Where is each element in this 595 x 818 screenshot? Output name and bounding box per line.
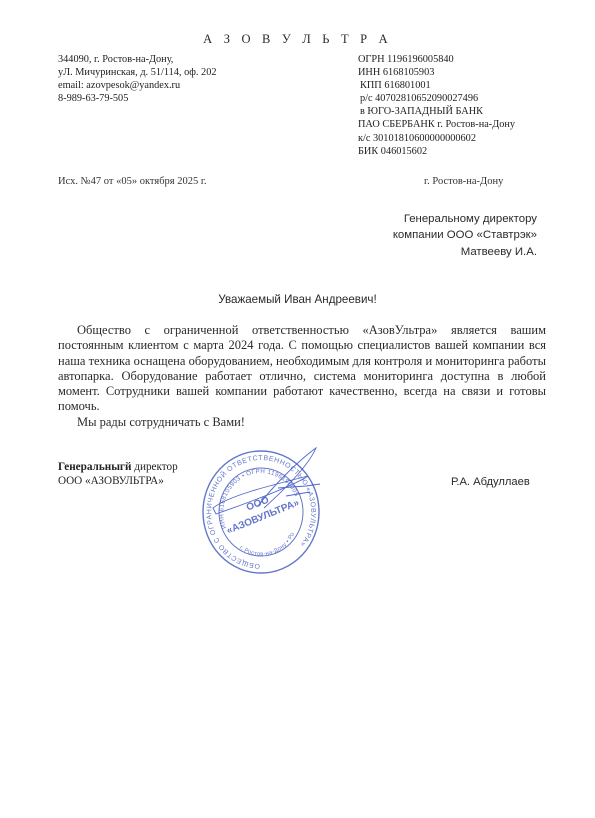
addressee-block: Генеральному директору компании ООО «Ста… xyxy=(393,211,537,260)
addressee-position: Генеральному директору xyxy=(393,211,537,227)
company-requisites-block: ОГРН 1196196005840 ИНН 6168105903 КПП 61… xyxy=(358,53,515,158)
signatory-company: ООО «АЗОВУЛЬТРА» xyxy=(58,474,178,488)
company-stamp: ОБЩЕСТВО С ОГРАНИЧЕННОЙ ОТВЕТСТВЕННОСТЬЮ… xyxy=(198,446,328,578)
body-paragraph: Общество с ограниченной ответственностью… xyxy=(58,323,546,415)
address-line: уЛ. Мичуринская, д. 51/114, оф. 202 xyxy=(58,66,217,79)
outgoing-reference: Исх. №47 от «05» октября 2025 г. xyxy=(58,176,207,187)
corr-account-line: к/с 30101810600000000602 xyxy=(358,132,515,145)
phone-line: 8-989-63-79-505 xyxy=(58,92,217,105)
signatory-title: Генеральныгй директор xyxy=(58,460,178,474)
bank-line: в ЮГО-ЗАПАДНЫЙ БАНК xyxy=(358,105,515,118)
signatory-title-rest: директор xyxy=(131,461,177,473)
signatory-title-bold: Генеральныгй xyxy=(58,461,131,473)
signatory-name: Р.А. Абдуллаев xyxy=(451,476,530,488)
addressee-name: Матвееву И.А. xyxy=(393,244,537,260)
kpp-line: КПП 616801001 xyxy=(358,79,515,92)
signatory-block: Генеральныгй директор ООО «АЗОВУЛЬТРА» xyxy=(58,460,178,489)
closing-paragraph: Мы рады сотрудничать с Вами! xyxy=(58,415,546,430)
company-address-block: 344090, г. Ростов-на-Дону, уЛ. Мичуринск… xyxy=(58,53,217,105)
letter-greeting: Уважаемый Иван Андреевич! xyxy=(0,293,595,306)
letter-city: г. Ростов-на-Дону xyxy=(424,176,503,187)
email-line: email: azovpesok@yandex.ru xyxy=(58,79,217,92)
bik-line: БИК 046015602 xyxy=(358,145,515,158)
stamp-seal-icon: ОБЩЕСТВО С ОГРАНИЧЕННОЙ ОТВЕТСТВЕННОСТЬЮ… xyxy=(198,446,328,578)
addressee-company: компании ООО «Ставтрэк» xyxy=(393,227,537,243)
account-line: р/с 40702810652090027496 xyxy=(358,92,515,105)
bank-name-line: ПАО СБЕРБАНК г. Ростов-на-Дону xyxy=(358,118,515,131)
ogrn-line: ОГРН 1196196005840 xyxy=(358,53,515,66)
letter-body: Общество с ограниченной ответственностью… xyxy=(58,323,546,430)
address-line: 344090, г. Ростов-на-Дону, xyxy=(58,53,217,66)
inn-line: ИНН 6168105903 xyxy=(358,66,515,79)
company-name-header: А З О В У Л Ь Т Р А xyxy=(0,32,595,47)
